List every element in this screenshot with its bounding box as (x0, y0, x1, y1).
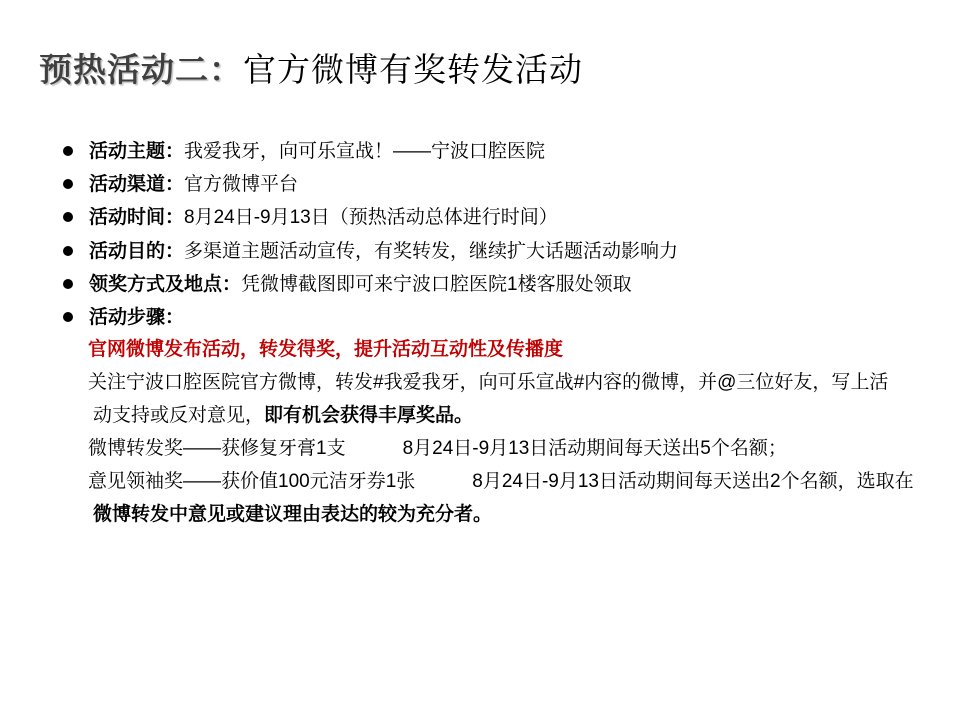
bullet-marker (63, 312, 73, 322)
bullet-value: 8月24日-9月13日（预热活动总体进行时间） (184, 207, 558, 228)
steps-line-2: 动支持或反对意见，即有机会获得丰厚奖品。 (88, 399, 914, 432)
bullet-text: 活动主题：我爱我牙，向可乐宣战！——宁波口腔医院 (89, 135, 545, 168)
steps-line-5: 微博转发中意见或建议理由表达的较为充分者。 (88, 498, 914, 531)
bullet-label: 活动目的： (89, 241, 184, 262)
steps-block: 官网微博发布活动，转发得奖，提升活动互动性及传播度 关注宁波口腔医院官方微博，转… (88, 333, 914, 531)
bullet-item-steps: 活动步骤： (62, 301, 678, 334)
bullet-marker (63, 212, 73, 222)
bullet-item-channel: 活动渠道：官方微博平台 (62, 168, 678, 201)
bullet-marker (63, 279, 73, 289)
steps-line-4: 意见领袖奖——获价值100元洁牙券1张 8月24日-9月13日活动期间每天送出2… (88, 465, 914, 498)
bullet-text: 活动时间：8月24日-9月13日（预热活动总体进行时间） (89, 201, 558, 234)
bullet-marker (63, 246, 73, 256)
page-title-emphasis: 预热活动二： (39, 51, 243, 88)
bullet-label: 领奖方式及地点： (89, 274, 241, 295)
bullet-value: 官方微博平台 (184, 174, 298, 195)
presentation-slide: 预热活动二：官方微博有奖转发活动 活动主题：我爱我牙，向可乐宣战！——宁波口腔医… (0, 0, 960, 720)
page-title-main: 官方微博有奖转发活动 (243, 51, 583, 88)
bullet-text: 活动渠道：官方微博平台 (89, 168, 298, 201)
steps-line-1: 关注宁波口腔医院官方微博，转发#我爱我牙，向可乐宣战#内容的微博，并@三位好友，… (88, 366, 914, 399)
steps-headline: 官网微博发布活动，转发得奖，提升活动互动性及传播度 (88, 333, 914, 366)
bullet-label: 活动渠道： (89, 174, 184, 195)
bullet-text: 领奖方式及地点：凭微博截图即可来宁波口腔医院1楼客服处领取 (89, 268, 632, 301)
steps-line-2-bold: 即有机会获得丰厚奖品。 (264, 405, 473, 426)
bullet-item-purpose: 活动目的：多渠道主题活动宣传，有奖转发，继续扩大话题活动影响力 (62, 235, 678, 268)
bullet-item-prize-location: 领奖方式及地点：凭微博截图即可来宁波口腔医院1楼客服处领取 (62, 268, 678, 301)
page-title: 预热活动二：官方微博有奖转发活动 (39, 48, 583, 92)
bullet-list: 活动主题：我爱我牙，向可乐宣战！——宁波口腔医院 活动渠道：官方微博平台 活动时… (62, 135, 678, 334)
bullet-item-time: 活动时间：8月24日-9月13日（预热活动总体进行时间） (62, 201, 678, 234)
bullet-value: 多渠道主题活动宣传，有奖转发，继续扩大话题活动影响力 (184, 241, 678, 262)
bullet-label: 活动时间： (89, 207, 184, 228)
bullet-text: 活动步骤： (89, 301, 184, 334)
bullet-value: 凭微博截图即可来宁波口腔医院1楼客服处领取 (241, 274, 632, 295)
steps-line-3: 微博转发奖——获修复牙膏1支 8月24日-9月13日活动期间每天送出5个名额； (88, 432, 914, 465)
bullet-item-theme: 活动主题：我爱我牙，向可乐宣战！——宁波口腔医院 (62, 135, 678, 168)
bullet-label: 活动主题： (89, 141, 184, 162)
bullet-text: 活动目的：多渠道主题活动宣传，有奖转发，继续扩大话题活动影响力 (89, 235, 678, 268)
bullet-marker (63, 179, 73, 189)
bullet-value: 我爱我牙，向可乐宣战！——宁波口腔医院 (184, 141, 545, 162)
bullet-marker (63, 146, 73, 156)
bullet-label: 活动步骤： (89, 307, 184, 328)
steps-line-2-regular: 动支持或反对意见， (93, 405, 264, 426)
